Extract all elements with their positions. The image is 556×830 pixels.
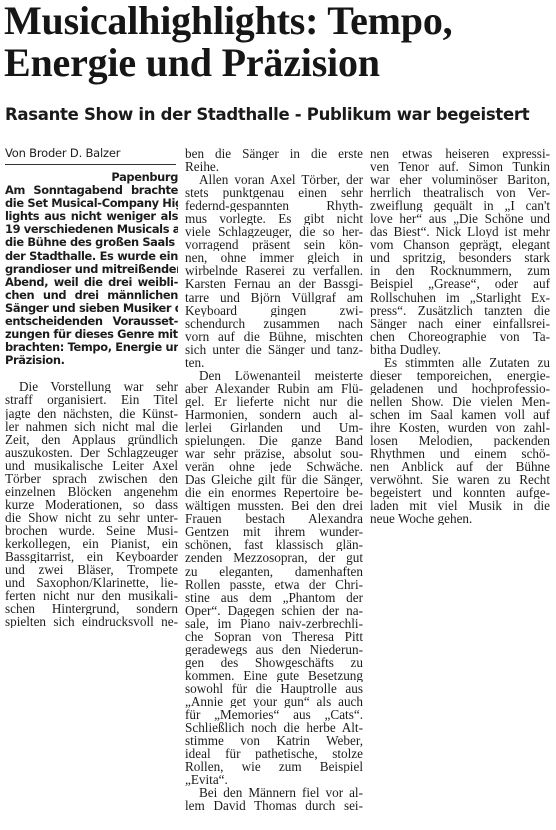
text-line: ihre Kosten, wurden von zahl- (370, 421, 550, 434)
text-line: straff organisiert. Ein Titel (5, 393, 178, 406)
text-line: Präzision. (5, 354, 178, 367)
article-column-left: Von Broder D. Balzer Papenburg Am Sonnta… (5, 146, 178, 628)
text-line: nen Anblick auf der Bühne (370, 460, 550, 473)
headline-line-2: Energie und Präzision (4, 42, 556, 84)
text-line: auszukosten. Der Schlagzeuger (5, 446, 178, 459)
text-line: wirbelnde Raserei zu verfallen. (185, 264, 363, 277)
text-line: mus vorlegte. Es gibt nicht (185, 212, 363, 225)
text-line: für „Memories“ aus „Cats“. (185, 708, 363, 721)
text-line: „Evita“. (185, 773, 363, 786)
text-line: Karsten Fernau an der Bassgi- (185, 277, 363, 290)
text-line: verwöhnt. Sie waren zu Recht (370, 473, 550, 486)
text-line: ven Tenor auf. Simon Tunkin (370, 160, 550, 173)
text-line: „Annie get your gun“ als auch (185, 695, 363, 708)
text-line: che Sopran von Theresa Pitt (185, 630, 363, 643)
text-line: grandioser und mitreißender (5, 263, 178, 276)
text-line: Zeit, den Applaus gründlich (5, 433, 178, 446)
text-line: lights aus nicht weniger als (5, 210, 178, 223)
text-line: Keyboard gingen zwi- (185, 304, 363, 317)
text-line: tarre und Björn Vüllgraf am (185, 291, 363, 304)
text-line: stets punktgenau einen sehr (185, 186, 363, 199)
text-line: zungen für dieses Genre mit- (5, 328, 178, 341)
text-line: stine aus dem „Phantom der (185, 591, 363, 604)
lead-lines: Am Sonntagabend brachtedie Set Musical-C… (5, 184, 178, 367)
article-column-right: nen etwas heiseren expressi-ven Tenor au… (370, 147, 550, 525)
text-line: ler nahmen sich nicht mal die (5, 420, 178, 433)
text-line: Schließlich noch die herbe Alt- (185, 721, 363, 734)
text-line: Sänger und sieben Musiker die (5, 302, 178, 315)
byline: Von Broder D. Balzer (5, 146, 176, 165)
text-line: love her“ aus „Die Schöne und (370, 212, 550, 225)
text-line: Törber sprach zwischen den (5, 472, 178, 485)
text-line: nen etwas heiseren expressi- (370, 147, 550, 160)
text-line: 19 verschiedenen Musicals auf (5, 223, 178, 236)
text-line: nen, ohne immer gleich in (185, 251, 363, 264)
headline: Musicalhighlights: Tempo, Energie und Pr… (4, 0, 556, 84)
dateline: Papenburg (5, 171, 178, 184)
text-line: Den Löwenanteil meisterte (185, 369, 363, 382)
text-line: in den Rocknummern, zum (370, 264, 550, 277)
text-line: gen des Showgeschäfts zu (185, 656, 363, 669)
text-line: kommen. Eine gute Besetzung (185, 669, 363, 682)
text-line: Harmonien, sondern auch al- (185, 408, 363, 421)
text-line: herrlich theatralisch von Ver- (370, 186, 550, 199)
text-line: nellen Show. Die vielen Men- (370, 395, 550, 408)
text-line: ben die Sänger in die erste (185, 147, 363, 160)
text-line: wältigen mussten. Bei den drei (185, 499, 363, 512)
text-line: und musikalische Leiter Axel (5, 459, 178, 472)
lead-paragraph: Papenburg Am Sonntagabend brachtedie Set… (5, 171, 178, 367)
text-line: lerlei Girlanden und Um- (185, 421, 363, 434)
text-line: schönen, fast klassisch glän- (185, 538, 363, 551)
text-line: laden mit viel Musik in die (370, 499, 550, 512)
text-line: Bei den Männern fiel vor al- (185, 786, 363, 799)
text-line: brochen wurde. Seine Musi- (5, 524, 178, 537)
text-line: Am Sonntagabend brachte (5, 184, 178, 197)
text-line: vorn auf die Bühne, mischten (185, 330, 363, 343)
text-line: Die Vorstellung war sehr (5, 380, 178, 393)
text-line: dieser temporeichen, energie- (370, 369, 550, 382)
text-line: neue Woche gehen. (370, 512, 550, 525)
text-line: die Show nicht zu sehr unter- (5, 511, 178, 524)
text-line: viele Schlagzeuger, die so her- (185, 225, 363, 238)
text-line: sowohl für die Hauptrolle aus (185, 682, 363, 695)
text-line: gel. Er lieferte nicht nur die (185, 395, 363, 408)
text-line: Rollen, wie zum Beispiel (185, 760, 363, 773)
text-line: Rhythmen und einem schö- (370, 447, 550, 460)
text-line: Sänger nach einer einfallsrei- (370, 317, 550, 330)
text-line: und spritzig, besonders stark (370, 251, 550, 264)
text-line: spielungen. Die ganze Band (185, 434, 363, 447)
article-column-middle: ben die Sänger in die ersteReihe.Allen v… (185, 147, 363, 812)
text-line: vorragend präsent sein kön- (185, 238, 363, 251)
text-line: stimme von Katrin Weber, (185, 734, 363, 747)
text-line: und Saxophon/Klarinette, lie- (5, 576, 178, 589)
text-line: chen und drei männlichen (5, 289, 178, 302)
text-line: federnd-gespannten Rhyth- (185, 199, 363, 212)
text-line: jagte den nächsten, die Künst- (5, 407, 178, 420)
text-line: einzelnen Blöcken angenehm (5, 485, 178, 498)
text-line: brachten: Tempo, Energie und (5, 341, 178, 354)
text-line: chen Choreographie von Ta- (370, 330, 550, 343)
text-line: war sehr präzise, absolut sou- (185, 447, 363, 460)
text-line: sich unter die Sänger und tanz- (185, 343, 363, 356)
text-line: ferten nicht nur den musikali- (5, 589, 178, 602)
text-line: entscheidenden Vorausset- (5, 315, 178, 328)
text-line: schen Hintergrund, sondern (5, 602, 178, 615)
text-line: Gentzen mit ihrem wunder- (185, 525, 363, 538)
text-line: und zwei Bläser, Trompete (5, 563, 178, 576)
subheadline: Rasante Show in der Stadthalle - Publiku… (5, 104, 555, 126)
text-line: Bassgitarrist, ein Keyboarder (5, 550, 178, 563)
text-line: zu eleganten, damenhaften (185, 565, 363, 578)
text-line: begeistert und konnten aufge- (370, 486, 550, 499)
text-line: zenden Mezzosopran, der gut (185, 551, 363, 564)
text-line: schen im Saal kamen voll auf (370, 408, 550, 421)
text-line: geladenen und hochprofessio- (370, 382, 550, 395)
text-line: Rollen passte, etwa der Chri- (185, 578, 363, 591)
text-line: Das Gleiche gilt für die Sänger, (185, 473, 363, 486)
text-line: kerkollegen, ein Pianist, ein (5, 537, 178, 550)
text-line: spielten sich eindrucksvoll ne- (5, 615, 178, 628)
text-line: die Set Musical-Company High- (5, 197, 178, 210)
text-line: ten. (185, 356, 363, 369)
text-line: verän ohne jede Schwäche. (185, 460, 363, 473)
text-line: Es stimmten alle Zutaten zu (370, 356, 550, 369)
text-line: losen Melodien, packenden (370, 434, 550, 447)
text-line: die Bühne des großen Saals in (5, 236, 178, 249)
text-line: zweiflung gequält in „I can't (370, 199, 550, 212)
text-line: Rollschuhen im „Starlight Ex- (370, 291, 550, 304)
text-line: aber Alexander Rubin am Flü- (185, 382, 363, 395)
text-line: das Biest“. Nick Lloyd ist mehr (370, 225, 550, 238)
text-line: bitha Dudley. (370, 343, 550, 356)
text-line: Abend, weil die drei weibli- (5, 276, 178, 289)
text-line: lem David Thomas durch sei- (185, 799, 363, 812)
text-line: schendurch zusammen nach (185, 317, 363, 330)
text-line: der Stadthalle. Es wurde ein (5, 250, 178, 263)
text-line: vom Chanson geprägt, elegant (370, 238, 550, 251)
headline-line-1: Musicalhighlights: Tempo, (4, 0, 556, 42)
text-line: kurze Moderationen, so dass (5, 498, 178, 511)
text-line: Reihe. (185, 160, 363, 173)
text-line: Beispiel „Grease“, oder auf (370, 277, 550, 290)
text-line: geradewegs aus den Niederun- (185, 643, 363, 656)
text-line: Frauen bestach Alexandra (185, 512, 363, 525)
text-line: Allen voran Axel Törber, der (185, 173, 363, 186)
body-paragraph-1: Die Vorstellung war sehrstraff organisie… (5, 380, 178, 628)
text-line: Oper“. Dagegen schien der na- (185, 604, 363, 617)
text-line: die ein enormes Repertoire be- (185, 486, 363, 499)
text-line: sale, im Piano naiv-zerbrechli- (185, 617, 363, 630)
text-line: ideal für pathetische, stolze (185, 747, 363, 760)
text-line: war eher voluminöser Bariton, (370, 173, 550, 186)
text-line: press“. Zusätzlich tanzten die (370, 304, 550, 317)
